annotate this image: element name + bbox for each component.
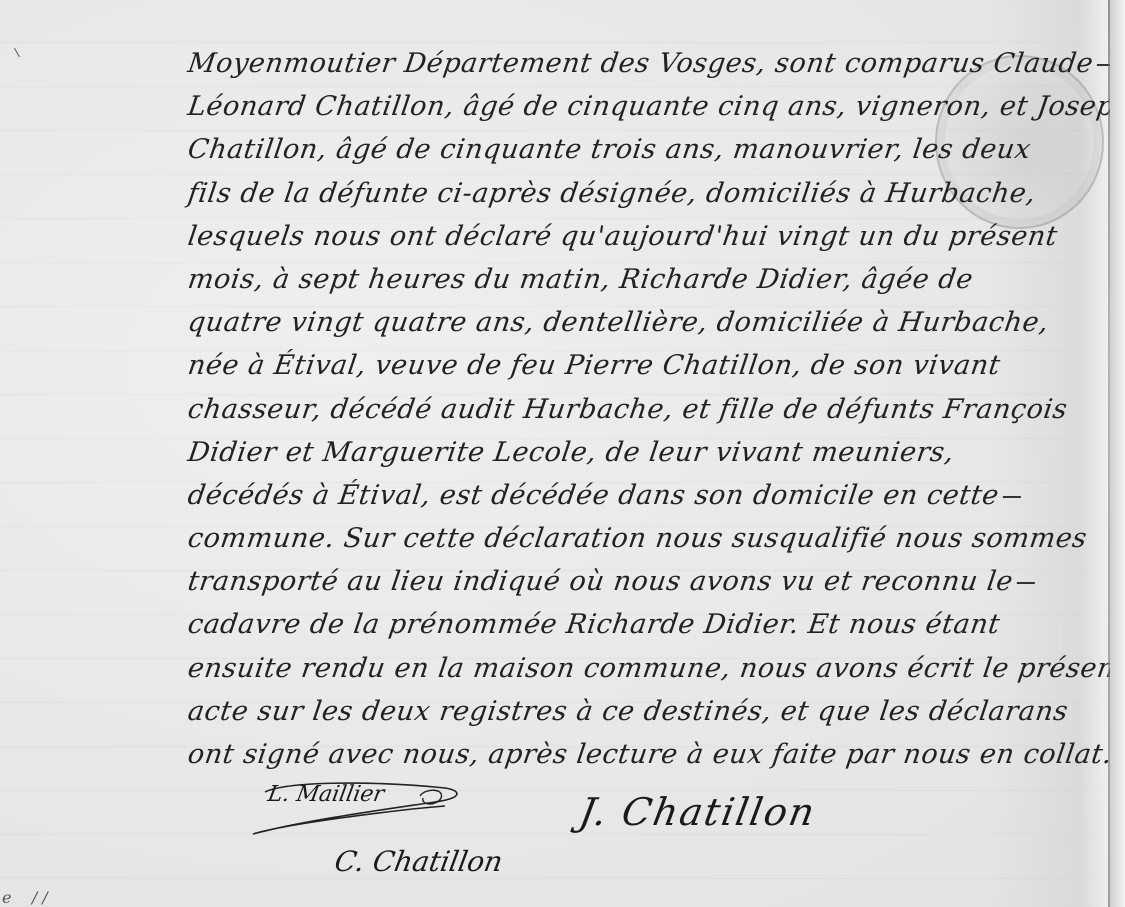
signature-c-chatillon: C. Chatillon	[332, 845, 505, 878]
record-line: Moyenmoutier Département des Vosges, son…	[185, 42, 1111, 85]
signature-j-chatillon: J. Chatillon	[576, 790, 819, 834]
margin-ink-mark-bottom: e / /	[2, 888, 48, 907]
record-line: lesquels nous ont déclaré qu'aujourd'hui…	[185, 215, 1111, 258]
record-line: Didier et Marguerite Lecole, de leur viv…	[185, 431, 1111, 474]
page-edge-shadow	[1110, 0, 1125, 907]
line-end-dash	[1003, 495, 1021, 497]
record-line: commune. Sur cette déclaration nous susq…	[185, 517, 1111, 560]
handwritten-record-body: Moyenmoutier Département des Vosges, son…	[185, 42, 1105, 776]
signature-flourish-icon	[245, 780, 485, 840]
document-page: e / / Moyenmoutier Département des Vosge…	[0, 0, 1125, 907]
record-line: ont signé avec nous, après lecture à eux…	[185, 733, 1111, 776]
record-line: décédés à Étival, est décédée dans son d…	[185, 474, 1111, 517]
signature-maillier: L. Maillier	[266, 782, 386, 807]
record-line: née à Étival, veuve de feu Pierre Chatil…	[185, 344, 1111, 387]
record-line: acte sur les deux registres à ce destiné…	[185, 690, 1111, 733]
margin-ink-mark	[14, 45, 25, 57]
record-line: ensuite rendu en la maison commune, nous…	[185, 647, 1111, 690]
line-end-dash	[1017, 582, 1035, 584]
record-line: Chatillon, âgé de cinquante trois ans, m…	[185, 128, 1111, 171]
record-line: quatre vingt quatre ans, dentellière, do…	[185, 301, 1111, 344]
record-line: chasseur, décédé audit Hurbache, et fill…	[185, 388, 1111, 431]
record-line: Léonard Chatillon, âgé de cinquante cinq…	[185, 85, 1111, 128]
record-line: mois, à sept heures du matin, Richarde D…	[185, 258, 1111, 301]
record-line: transporté au lieu indiqué où nous avons…	[185, 560, 1111, 603]
record-line: fils de la défunte ci-après désignée, do…	[185, 172, 1111, 215]
record-line: cadavre de la prénommée Richarde Didier.…	[185, 603, 1111, 646]
